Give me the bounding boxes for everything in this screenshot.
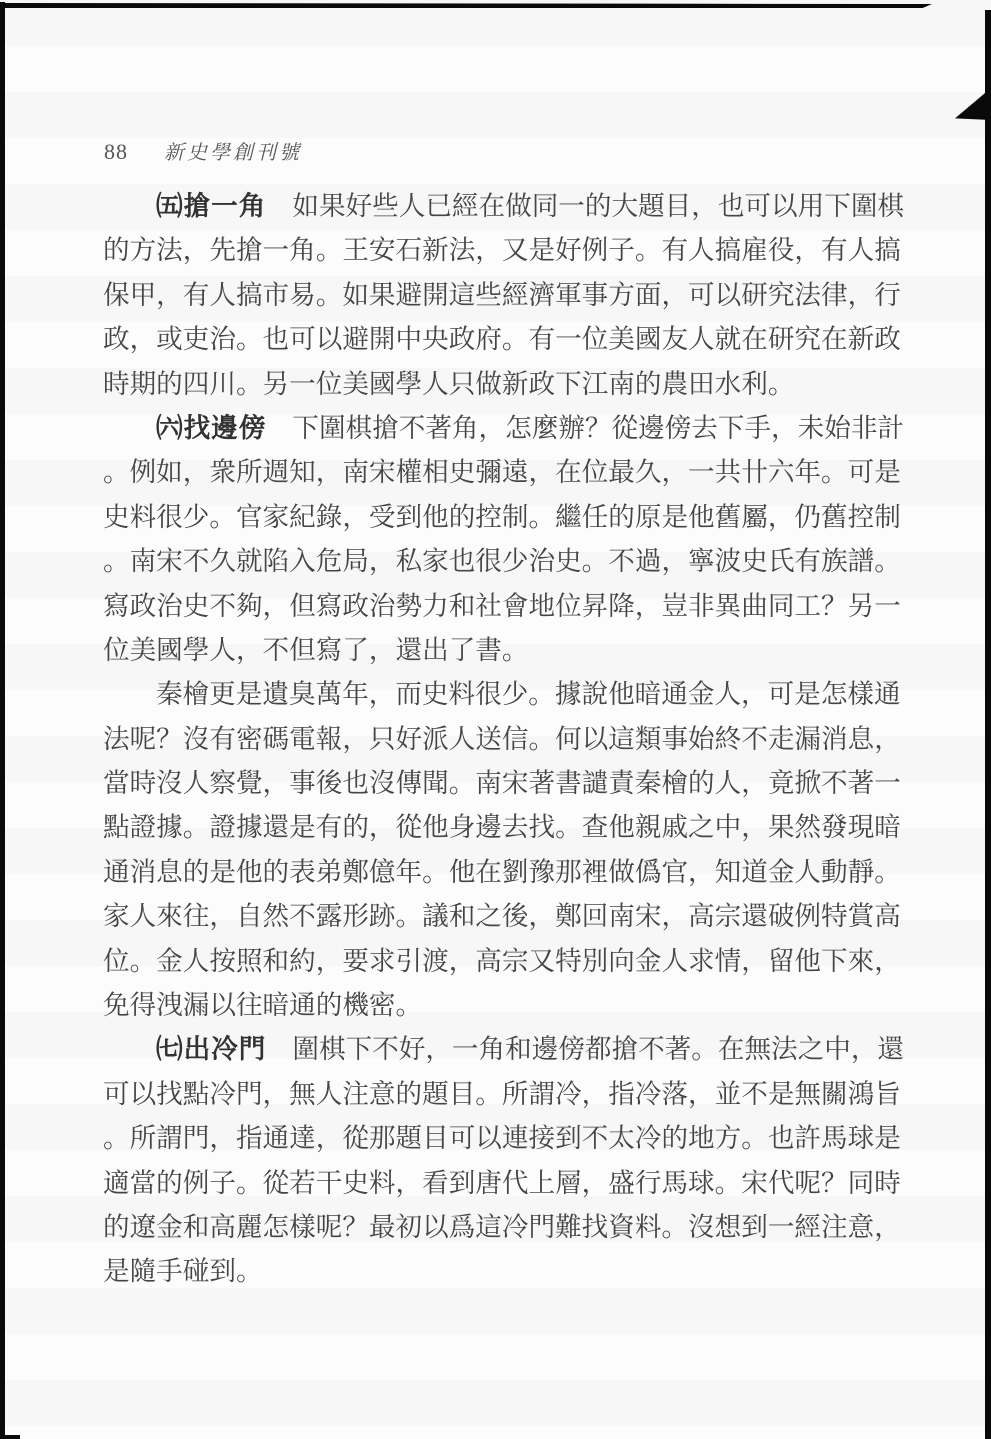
text-line: 是隨手碰到。 [103,1249,917,1293]
scan-edge-right-wedge [955,88,991,120]
line-text: 。南宋不久就陷入危局，私家也很少治史。不過，寧波史氏有族譜。 [103,546,901,576]
line-text: 點證據。證據還是有的，從他身邊去找。查他親戚之中，果然發現暗 [103,812,901,842]
text-line: 免得洩漏以往暗通的機密。 [103,983,917,1027]
running-head: 88 新史學創刊號 [104,136,302,165]
text-line: 點證據。證據還是有的，從他身邊去找。查他親戚之中，果然發現暗 [103,805,917,849]
line-text: 寫政治史不夠，但寫政治勢力和社會地位昇降，豈非異曲同工？另一 [103,591,901,621]
line-text: 圍棋下不好，一角和邊傍都搶不著。在無法之中，還 [292,1034,904,1064]
text-line: 位美國學人，不但寫了，還出了書。 [103,628,917,672]
line-text: 免得洩漏以往暗通的機密。 [103,990,422,1020]
text-line: 位。金人按照和約，要求引渡，高宗又特別向金人求情，留他下來， [103,939,917,983]
text-line: 秦檜更是遺臭萬年，而史料很少。據說他暗通金人，可是怎樣通 [103,672,917,716]
text-line: 政，或吏治。也可以避開中央政府。有一位美國友人就在研究在新政 [103,317,917,361]
line-text: 是隨手碰到。 [103,1256,263,1286]
text-line: ㈥找邊傍下圍棋搶不著角，怎麼辦？從邊傍去下手，未始非計 [103,406,917,450]
line-text: 通消息的是他的表弟鄭億年。他在劉豫那裡做僞官，知道金人動靜。 [103,857,901,887]
scan-edge-right [985,10,991,1439]
text-line: 。例如，衆所週知，南宋權相史彌遠，在位最久，一共卄六年。可是 [103,450,917,494]
text-line: 當時沒人察覺，事後也沒傳聞。南宋著書譴責秦檜的人，竟掀不著一 [103,761,917,805]
line-text: 。例如，衆所週知，南宋權相史彌遠，在位最久，一共卄六年。可是 [103,457,901,487]
scan-edge-left [0,2,5,1439]
text-line: ㈦出冷門圍棋下不好，一角和邊傍都搶不著。在無法之中，還 [103,1027,917,1071]
line-text: 。所謂門，指通達，從那題目可以連接到不太冷的地方。也許馬球是 [103,1123,901,1153]
line-text: 可以找點冷門，無人注意的題目。所謂冷，指冷落，並不是無關鴻旨 [103,1079,901,1109]
section-heading: ㈥找邊傍 [156,413,266,443]
body-text: ㈤搶一角如果好些人已經在做同一的大題目，也可以用下圍棋 的方法，先搶一角。王安石… [103,184,917,1294]
text-line: 通消息的是他的表弟鄭億年。他在劉豫那裡做僞官，知道金人動靜。 [103,850,917,894]
text-line: ㈤搶一角如果好些人已經在做同一的大題目，也可以用下圍棋 [103,184,917,228]
text-line: 法呢？沒有密碼電報，只好派人送信。何以這類事始終不走漏消息， [103,717,917,761]
line-text: 家人來往，自然不露形跡。議和之後，鄭回南宋，高宗還破例特賞高 [103,901,901,931]
scan-edge-top [0,3,932,8]
line-text: 保甲，有人搞市易。如果避開這些經濟軍事方面，可以研究法律，行 [103,280,901,310]
scanned-book-page: 88 新史學創刊號 ㈤搶一角如果好些人已經在做同一的大題目，也可以用下圍棋 的方… [0,0,991,1439]
line-text: 的遼金和高麗怎樣呢？最初以爲這冷門難找資料。沒想到一經注意， [103,1212,901,1242]
text-line: 時期的四川。另一位美國學人只做新政下江南的農田水利。 [103,362,917,406]
line-text: 位。金人按照和約，要求引渡，高宗又特別向金人求情，留他下來， [103,946,901,976]
line-text: 位美國學人，不但寫了，還出了書。 [103,635,529,665]
line-text: 史料很少。官家紀錄，受到他的控制。繼任的原是他舊屬，仍舊控制 [103,502,901,532]
journal-title: 新史學創刊號 [164,136,302,165]
line-text: 的方法，先搶一角。王安石新法，又是好例子。有人搞雇役，有人搞 [103,235,901,265]
line-text: 時期的四川。另一位美國學人只做新政下江南的農田水利。 [103,369,794,399]
line-text: 秦檜更是遺臭萬年，而史料很少。據說他暗通金人，可是怎樣通 [156,679,901,709]
text-line: 的遼金和高麗怎樣呢？最初以爲這冷門難找資料。沒想到一經注意， [103,1205,917,1249]
line-text: 下圍棋搶不著角，怎麼辦？從邊傍去下手，未始非計 [292,413,904,443]
line-text: 如果好些人已經在做同一的大題目，也可以用下圍棋 [292,191,904,221]
section-heading: ㈤搶一角 [156,191,266,221]
line-text: 政，或吏治。也可以避開中央政府。有一位美國友人就在研究在新政 [103,324,901,354]
text-line: 寫政治史不夠，但寫政治勢力和社會地位昇降，豈非異曲同工？另一 [103,584,917,628]
text-line: 的方法，先搶一角。王安石新法，又是好例子。有人搞雇役，有人搞 [103,228,917,272]
scan-edge-bottom-left [0,1435,20,1439]
page-number: 88 [104,139,128,165]
section-heading: ㈦出冷門 [156,1034,266,1064]
text-line: 。所謂門，指通達，從那題目可以連接到不太冷的地方。也許馬球是 [103,1116,917,1160]
text-line: 適當的例子。從若干史料，看到唐代上層，盛行馬球。宋代呢？同時 [103,1161,917,1205]
text-line: 史料很少。官家紀錄，受到他的控制。繼任的原是他舊屬，仍舊控制 [103,495,917,539]
line-text: 法呢？沒有密碼電報，只好派人送信。何以這類事始終不走漏消息， [103,724,901,754]
text-line: 家人來往，自然不露形跡。議和之後，鄭回南宋，高宗還破例特賞高 [103,894,917,938]
text-line: 。南宋不久就陷入危局，私家也很少治史。不過，寧波史氏有族譜。 [103,539,917,583]
text-line: 可以找點冷門，無人注意的題目。所謂冷，指冷落，並不是無關鴻旨 [103,1072,917,1116]
line-text: 適當的例子。從若干史料，看到唐代上層，盛行馬球。宋代呢？同時 [103,1168,901,1198]
text-line: 保甲，有人搞市易。如果避開這些經濟軍事方面，可以研究法律，行 [103,273,917,317]
line-text: 當時沒人察覺，事後也沒傳聞。南宋著書譴責秦檜的人，竟掀不著一 [103,768,901,798]
